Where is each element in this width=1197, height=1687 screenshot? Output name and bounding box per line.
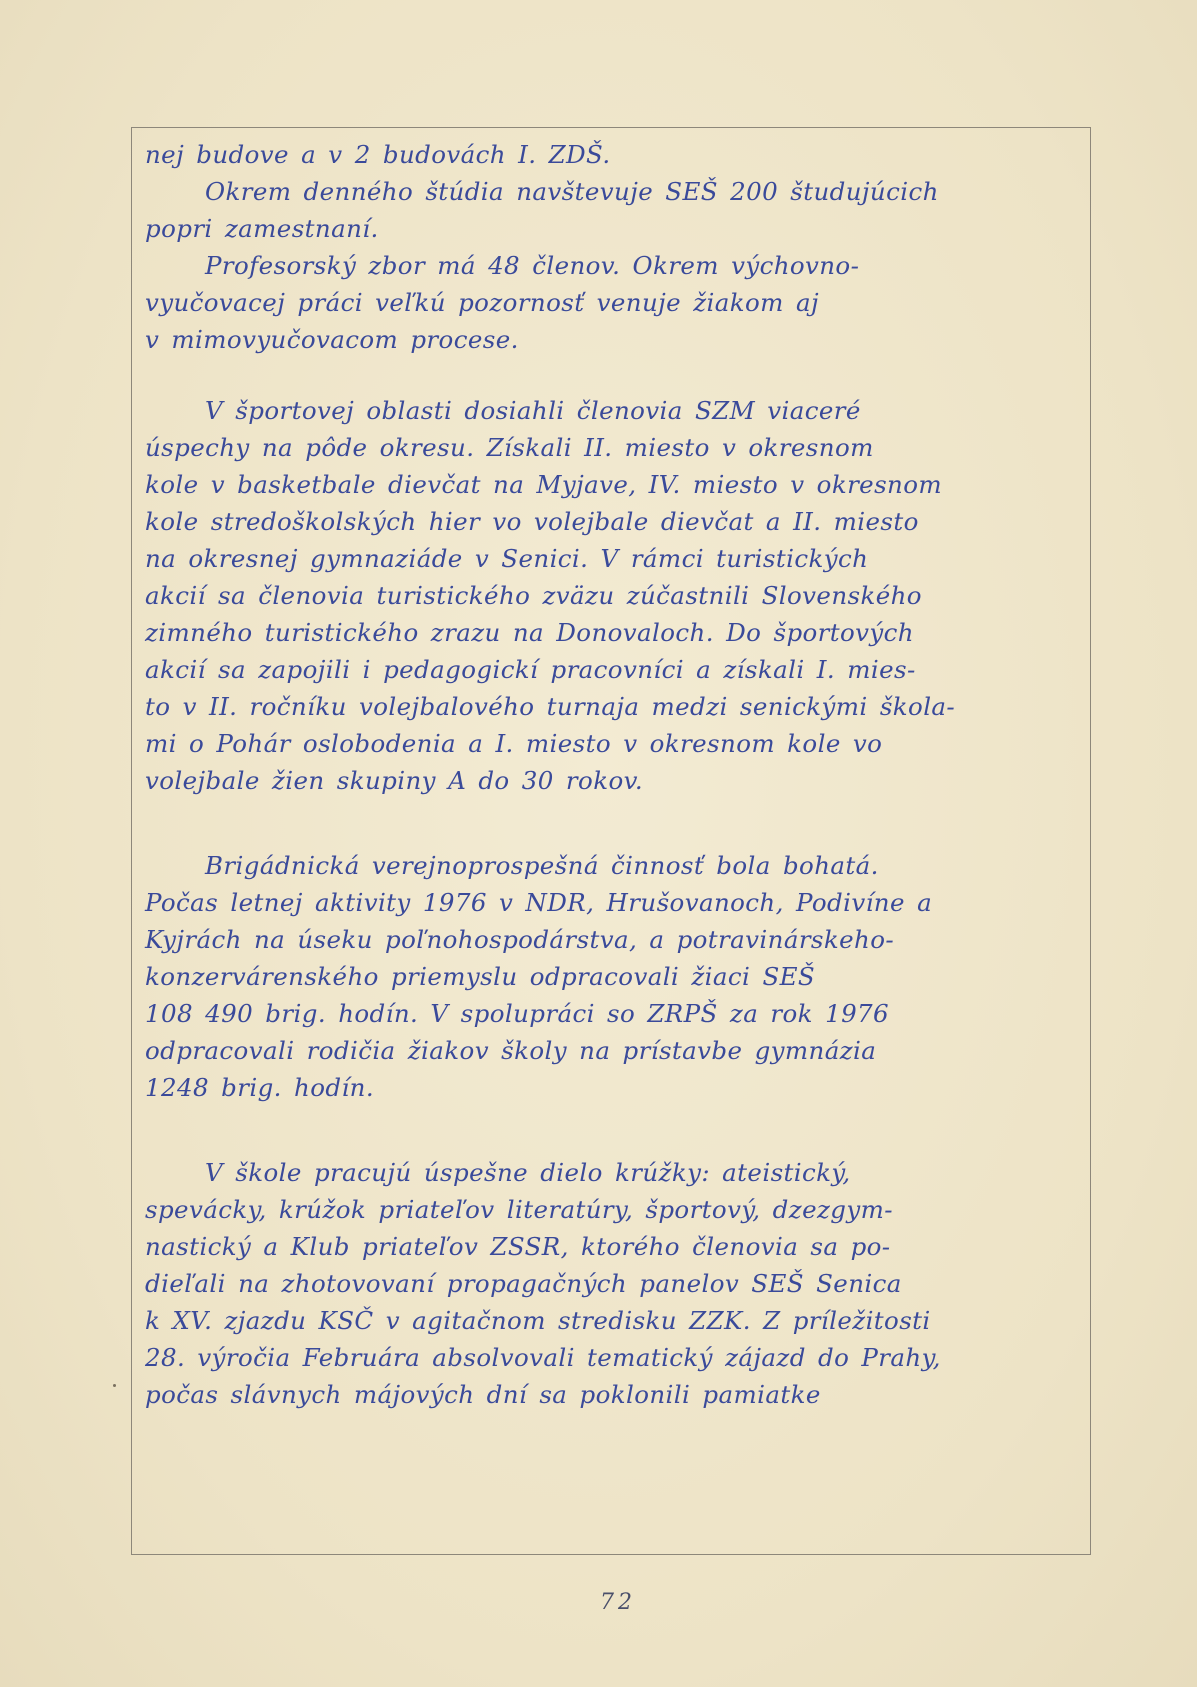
text-line: V škole pracujú úspešne dielo krúžky: at… <box>145 1154 1095 1191</box>
text-line: Brigádnická verejnoprospešná činnosť bol… <box>145 847 1095 884</box>
text-line: počas slávnych májových dní sa poklonili… <box>145 1376 1095 1413</box>
text-line: Počas letnej aktivity 1976 v NDR, Hrušov… <box>145 884 1095 921</box>
text-line: konzervárenského priemyslu odpracovali ž… <box>145 958 1095 995</box>
text-line: Okrem denného štúdia navštevuje SEŠ 200 … <box>145 173 1095 210</box>
text-line: v mimovyučovacom procese. <box>145 321 1095 358</box>
text-line: zimného turistického zrazu na Donovaloch… <box>145 614 1095 651</box>
text-line: mi o Pohár oslobodenia a I. miesto v okr… <box>145 725 1095 762</box>
text-line: nej budove a v 2 budovách I. ZDŠ. <box>145 136 1095 173</box>
text-line: 1248 brig. hodín. <box>145 1069 1095 1106</box>
text-line: Kyjrách na úseku poľnohospodárstva, a po… <box>145 921 1095 958</box>
text-line: odpracovali rodičia žiakov školy na prís… <box>145 1032 1095 1069</box>
text-line: 28. výročia Februára absolvovali tematic… <box>145 1339 1095 1376</box>
text-line: vyučovacej práci veľkú pozornosť venuje … <box>145 284 1095 321</box>
text-line: V športovej oblasti dosiahli členovia SZ… <box>145 392 1095 429</box>
text-line: nastický a Klub priateľov ZSSR, ktorého … <box>145 1228 1095 1265</box>
text-line: to v II. ročníku volejbalového turnaja m… <box>145 688 1095 725</box>
text-line: Profesorský zbor má 48 členov. Okrem výc… <box>145 247 1095 284</box>
text-line: popri zamestnaní. <box>145 210 1095 247</box>
handwritten-text-block: nej budove a v 2 budovách I. ZDŠ. Okrem … <box>145 136 1095 1413</box>
text-line: dieľali na zhotovovaní propagačných pane… <box>145 1265 1095 1302</box>
text-line: akcií sa členovia turistického zväzu zúč… <box>145 577 1095 614</box>
text-line: kole v basketbale dievčat na Myjave, IV.… <box>145 466 1095 503</box>
paragraph-gap <box>145 358 1095 392</box>
text-line: úspechy na pôde okresu. Získali II. mies… <box>145 429 1095 466</box>
text-line: akcií sa zapojili i pedagogickí pracovní… <box>145 651 1095 688</box>
text-line: 108 490 brig. hodín. V spolupráci so ZRP… <box>145 995 1095 1032</box>
text-line: volejbale žien skupiny A do 30 rokov. <box>145 762 1095 799</box>
paragraph-gap <box>145 799 1095 847</box>
paragraph-gap <box>145 1106 1095 1154</box>
ink-speck <box>113 1384 116 1387</box>
text-line: k XV. zjazdu KSČ v agitačnom stredisku Z… <box>145 1302 1095 1339</box>
page-number: 72 <box>600 1590 636 1615</box>
text-line: spevácky, krúžok priateľov literatúry, š… <box>145 1191 1095 1228</box>
text-line: na okresnej gymnaziáde v Senici. V rámci… <box>145 540 1095 577</box>
text-line: kole stredoškolských hier vo volejbale d… <box>145 503 1095 540</box>
